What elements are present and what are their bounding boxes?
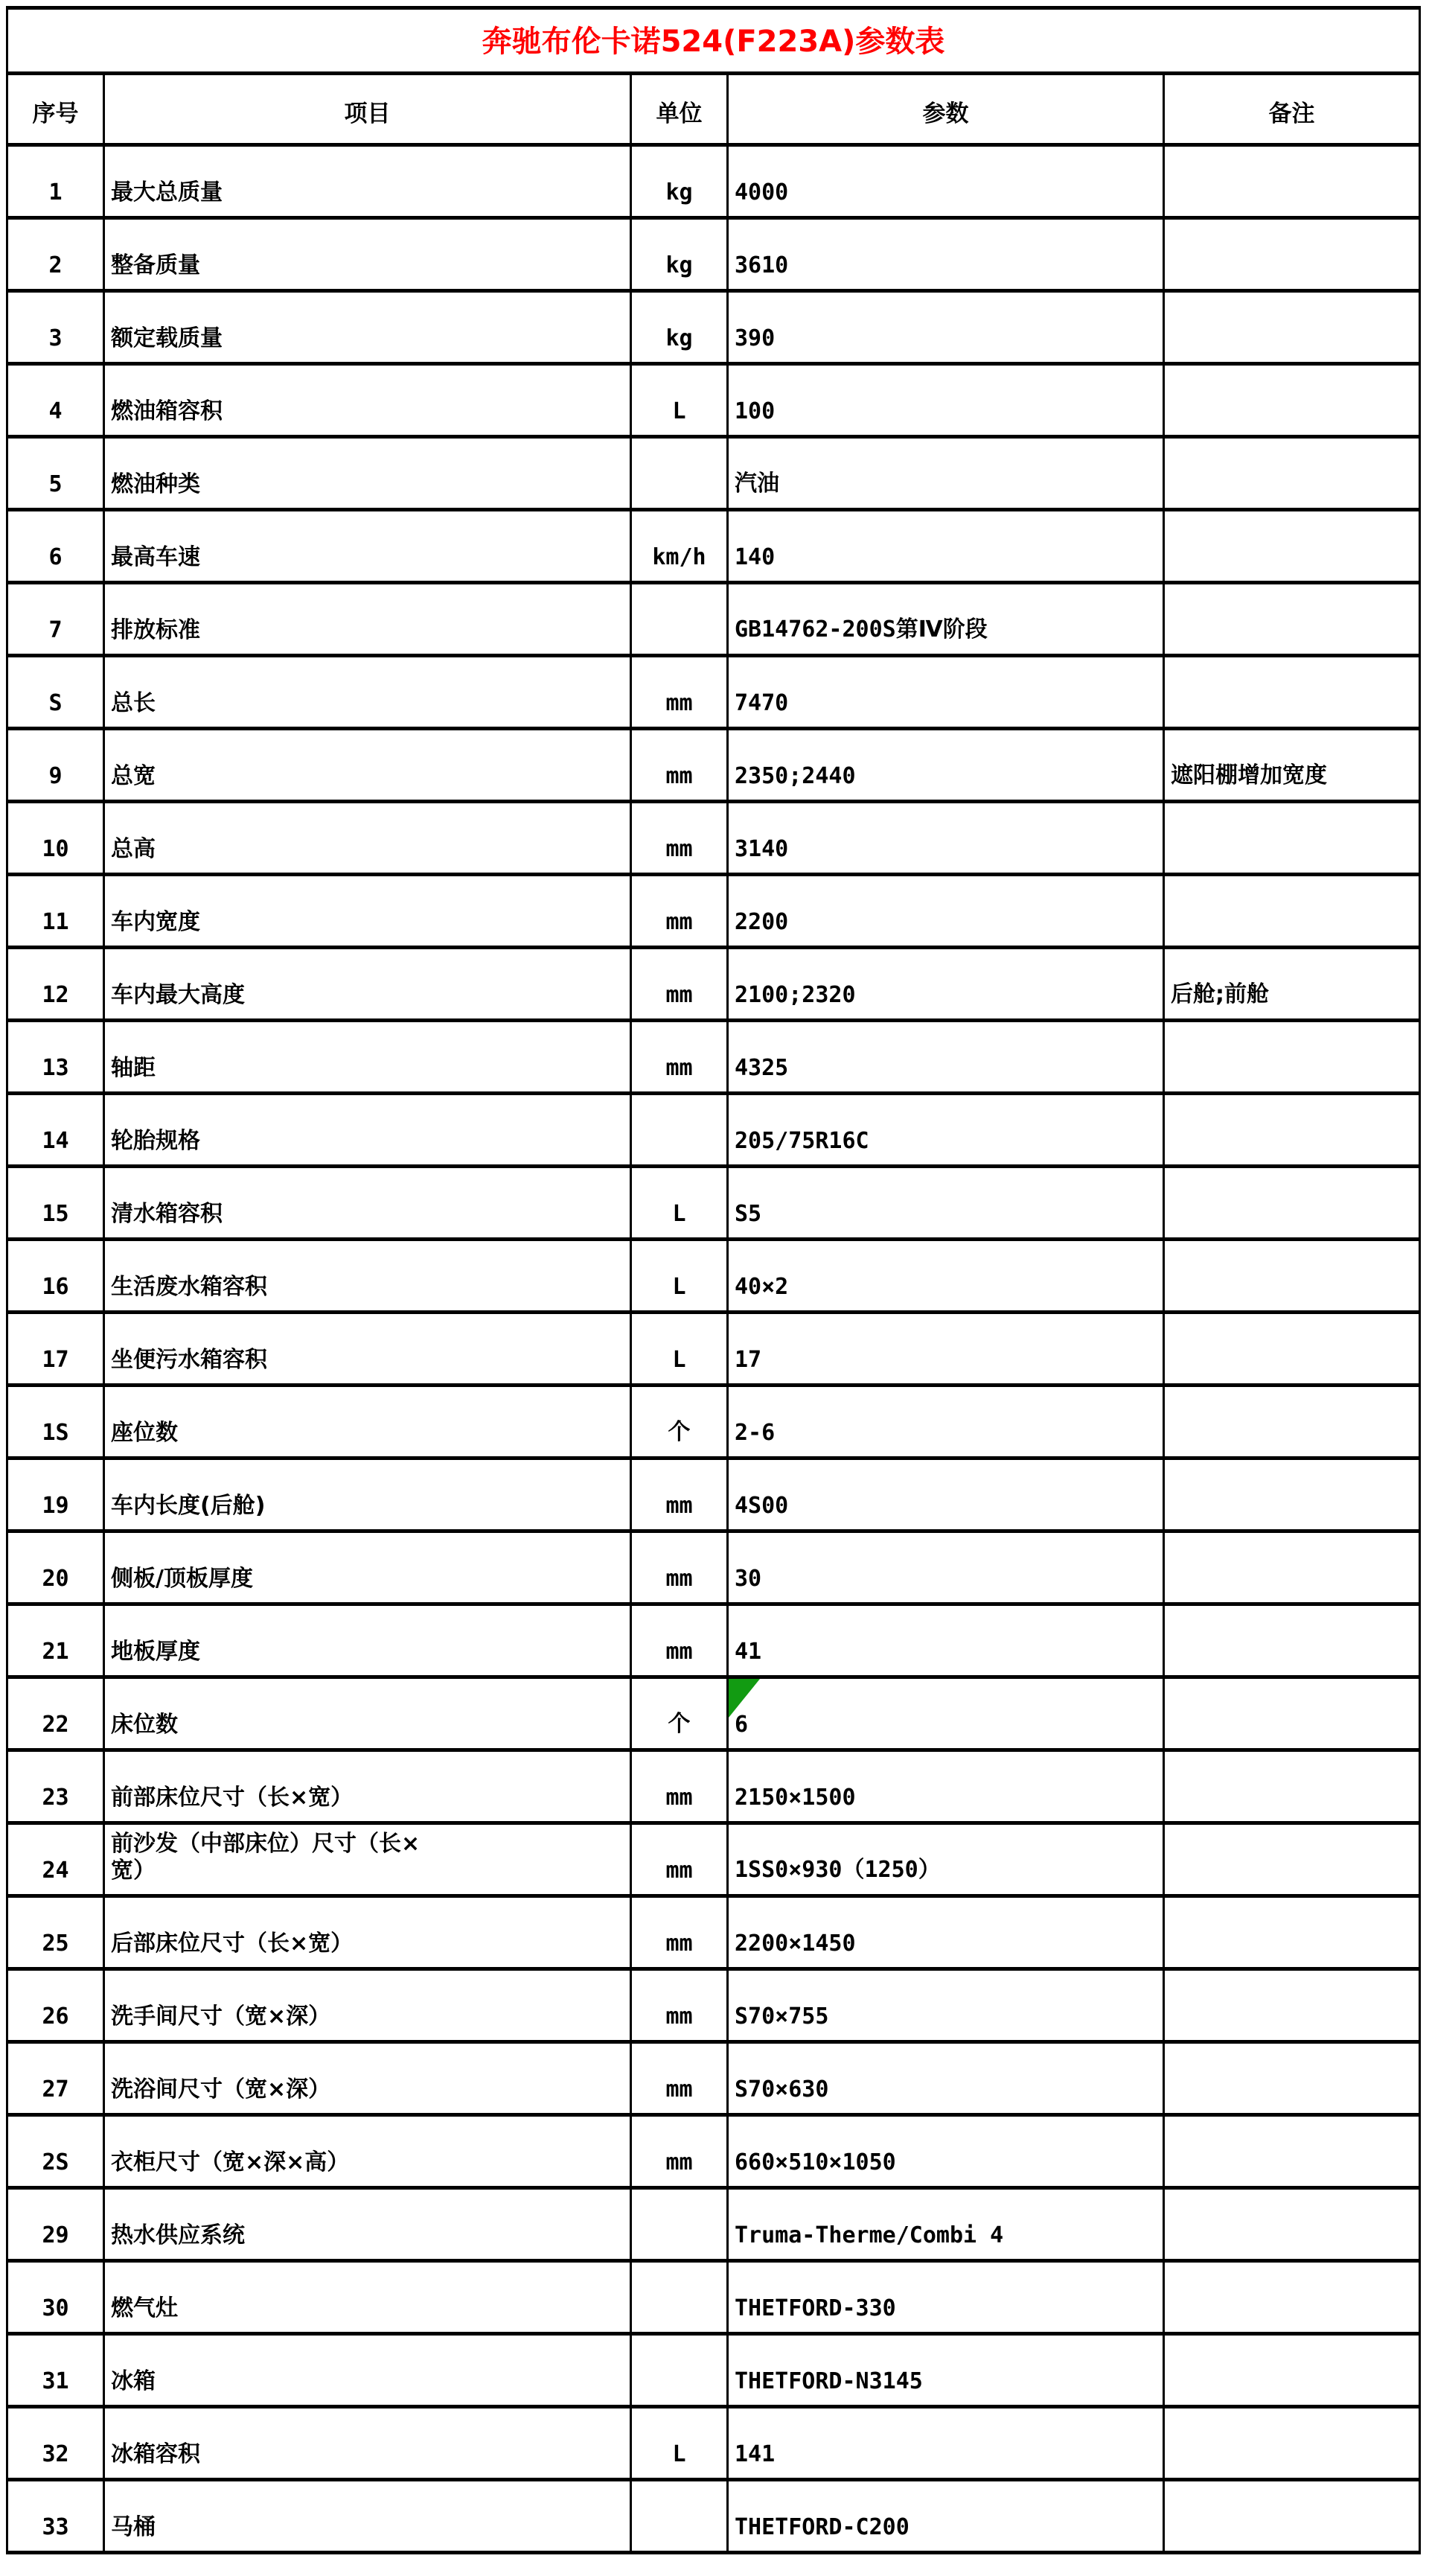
- cell-value-text: 4S00: [735, 1493, 788, 1519]
- cell-item-text: 轮胎规格: [111, 1128, 200, 1154]
- row-number-cell: 16: [7, 1240, 104, 1313]
- cell-no-text: 1S: [42, 1420, 68, 1446]
- table-row: 1 最大总质量 kg 4000: [7, 145, 1420, 218]
- row-unit-cell: mm: [631, 656, 728, 729]
- cell-item-text: 最大总质量: [111, 179, 223, 205]
- row-item-cell: 侧板/顶板厚度: [104, 1531, 631, 1604]
- column-header-no: 序号: [7, 74, 104, 145]
- cell-item-text: 额定载质量: [111, 325, 223, 351]
- cell-error-indicator: [729, 1679, 760, 1718]
- row-item-cell: 坐便污水箱容积: [104, 1313, 631, 1386]
- cell-no-text: 26: [42, 2003, 68, 2030]
- cell-unit-text: mm: [665, 1566, 692, 1592]
- row-unit-cell: [631, 583, 728, 656]
- row-param-cell: Truma-Therme/Combi 4: [728, 2188, 1164, 2261]
- cell-value-text: THETFORD-C200: [735, 2514, 909, 2540]
- row-item-cell: 总长: [104, 656, 631, 729]
- cell-item-text: 洗浴间尺寸（宽×深）: [111, 2076, 330, 2102]
- row-param-cell: 7470: [728, 656, 1164, 729]
- row-unit-cell: [631, 437, 728, 510]
- row-unit-cell: mm: [631, 1969, 728, 2042]
- row-param-cell: 2350;2440: [728, 729, 1164, 802]
- cell-value-text: 30: [735, 1566, 761, 1592]
- cell-value-text: S70×755: [735, 2003, 828, 2030]
- parameter-table: 奔驰布伦卡诺524(F223A)参数表 序号 项目 单位 参数 备注 1 最大总…: [6, 6, 1421, 2554]
- cell-unit-text: L: [672, 1201, 685, 1227]
- row-unit-cell: L: [631, 1167, 728, 1240]
- table-header-row: 序号 项目 单位 参数 备注: [7, 74, 1420, 145]
- cell-value-text: 2100;2320: [735, 982, 856, 1008]
- cell-unit-text: L: [672, 398, 685, 424]
- row-item-cell: 车内长度(后舱): [104, 1458, 631, 1531]
- cell-item-text: 车内最大高度: [111, 982, 245, 1008]
- row-param-cell: S5: [728, 1167, 1164, 1240]
- cell-no-text: 2S: [42, 2149, 68, 2175]
- row-param-cell: S70×755: [728, 1969, 1164, 2042]
- row-item-cell: 清水箱容积: [104, 1167, 631, 1240]
- table-row: 16 生活废水箱容积 L 40×2: [7, 1240, 1420, 1313]
- row-unit-cell: [631, 2261, 728, 2334]
- row-unit-cell: mm: [631, 1531, 728, 1604]
- cell-value-text: THETFORD-330: [735, 2295, 896, 2321]
- row-remark-cell: 遮阳棚增加宽度: [1164, 729, 1420, 802]
- cell-item-text: 马桶: [111, 2514, 156, 2540]
- row-number-cell: 6: [7, 510, 104, 583]
- row-item-cell: 冰箱: [104, 2334, 631, 2407]
- row-param-cell: 30: [728, 1531, 1164, 1604]
- row-number-cell: 20: [7, 1531, 104, 1604]
- row-item-cell: 座位数: [104, 1386, 631, 1458]
- cell-value-text: 2200×1450: [735, 1931, 856, 1957]
- row-remark-cell: [1164, 1313, 1420, 1386]
- cell-item-text: 排放标准: [111, 617, 200, 643]
- row-remark-cell: [1164, 2115, 1420, 2188]
- row-remark-cell: [1164, 1458, 1420, 1531]
- cell-unit-text: mm: [665, 1493, 692, 1519]
- table-row: 31 冰箱 THETFORD-N3145: [7, 2334, 1420, 2407]
- row-unit-cell: mm: [631, 1021, 728, 1094]
- row-number-cell: 33: [7, 2480, 104, 2553]
- cell-value-text: GB14762-200S第Ⅳ阶段: [735, 616, 988, 643]
- row-unit-cell: mm: [631, 1750, 728, 1823]
- cell-value-text: 2-6: [735, 1420, 775, 1446]
- cell-no-text: 30: [42, 2295, 68, 2321]
- row-item-cell: 生活废水箱容积: [104, 1240, 631, 1313]
- row-number-cell: 27: [7, 2042, 104, 2115]
- row-remark-cell: [1164, 437, 1420, 510]
- row-remark-cell: [1164, 291, 1420, 364]
- cell-no-text: 10: [42, 836, 68, 862]
- row-remark-cell: [1164, 1167, 1420, 1240]
- row-number-cell: 29: [7, 2188, 104, 2261]
- row-number-cell: 7: [7, 583, 104, 656]
- cell-unit-text: mm: [665, 1055, 692, 1081]
- row-remark-cell: [1164, 1969, 1420, 2042]
- row-unit-cell: [631, 2188, 728, 2261]
- cell-unit-text: kg: [665, 252, 692, 278]
- row-param-cell: 4325: [728, 1021, 1164, 1094]
- row-number-cell: 26: [7, 1969, 104, 2042]
- row-number-cell: 15: [7, 1167, 104, 1240]
- cell-value-text: 3140: [735, 836, 788, 862]
- cell-item-text: 总长: [111, 690, 156, 716]
- cell-value-text: THETFORD-N3145: [735, 2368, 923, 2394]
- cell-value-text: 2350;2440: [735, 763, 856, 789]
- row-param-cell: 140: [728, 510, 1164, 583]
- cell-value-text: 100: [735, 398, 775, 424]
- table-row: 9 总宽 mm 2350;2440 遮阳棚增加宽度: [7, 729, 1420, 802]
- table-row: 17 坐便污水箱容积 L 17: [7, 1313, 1420, 1386]
- row-number-cell: 22: [7, 1677, 104, 1750]
- row-unit-cell: L: [631, 2407, 728, 2480]
- cell-value-text: 141: [735, 2441, 775, 2467]
- row-number-cell: 10: [7, 802, 104, 875]
- row-item-cell: 总高: [104, 802, 631, 875]
- cell-unit-text: mm: [665, 763, 692, 789]
- cell-item-text: 最高车速: [111, 544, 200, 570]
- row-param-cell: THETFORD-C200: [728, 2480, 1164, 2553]
- row-param-cell: 100: [728, 364, 1164, 437]
- cell-no-text: 17: [42, 1347, 68, 1373]
- row-unit-cell: kg: [631, 218, 728, 291]
- row-param-cell: GB14762-200S第Ⅳ阶段: [728, 583, 1164, 656]
- cell-item-text: 冰箱容积: [111, 2441, 200, 2467]
- row-remark-cell: [1164, 583, 1420, 656]
- row-param-cell: 2200: [728, 875, 1164, 948]
- row-unit-cell: [631, 2334, 728, 2407]
- table-row: 30 燃气灶 THETFORD-330: [7, 2261, 1420, 2334]
- cell-unit-text: mm: [665, 836, 692, 862]
- row-unit-cell: mm: [631, 1896, 728, 1969]
- cell-item-text: 生活废水箱容积: [111, 1274, 267, 1300]
- cell-no-text: 1: [48, 179, 62, 205]
- table-row: 15 清水箱容积 L S5: [7, 1167, 1420, 1240]
- cell-no-text: 12: [42, 982, 68, 1008]
- row-item-cell: 轮胎规格: [104, 1094, 631, 1167]
- row-remark-cell: [1164, 145, 1420, 218]
- table-row: 33 马桶 THETFORD-C200: [7, 2480, 1420, 2553]
- cell-item-text: 车内宽度: [111, 909, 200, 935]
- table-row: 7 排放标准 GB14762-200S第Ⅳ阶段: [7, 583, 1420, 656]
- row-remark-cell: [1164, 2480, 1420, 2553]
- cell-unit-text: kg: [665, 179, 692, 205]
- row-item-cell: 燃油箱容积: [104, 364, 631, 437]
- cell-no-text: 22: [42, 1712, 68, 1738]
- cell-no-text: 21: [42, 1639, 68, 1665]
- row-param-cell: 41: [728, 1604, 1164, 1677]
- table-row: 5 燃油种类 汽油: [7, 437, 1420, 510]
- table-row: 25 后部床位尺寸（长×宽） mm 2200×1450: [7, 1896, 1420, 1969]
- table-row: 12 车内最大高度 mm 2100;2320 后舱;前舱: [7, 948, 1420, 1021]
- row-remark-cell: [1164, 1823, 1420, 1896]
- row-unit-cell: kg: [631, 291, 728, 364]
- cell-no-text: 9: [48, 763, 62, 789]
- row-unit-cell: mm: [631, 1604, 728, 1677]
- table-row: 2 整备质量 kg 3610: [7, 218, 1420, 291]
- cell-item-text: 总宽: [111, 763, 156, 789]
- cell-item-text: 清水箱容积: [111, 1201, 223, 1227]
- row-param-cell: 17: [728, 1313, 1164, 1386]
- row-unit-cell: mm: [631, 2115, 728, 2188]
- row-param-cell: 3140: [728, 802, 1164, 875]
- row-unit-cell: 个: [631, 1386, 728, 1458]
- cell-no-text: 14: [42, 1128, 68, 1154]
- row-remark-cell: [1164, 1094, 1420, 1167]
- cell-value-text: Truma-Therme/Combi 4: [735, 2222, 1003, 2248]
- cell-no-text: 16: [42, 1274, 68, 1300]
- row-remark-cell: [1164, 2042, 1420, 2115]
- table-row: 19 车内长度(后舱) mm 4S00: [7, 1458, 1420, 1531]
- cell-no-text: 31: [42, 2368, 68, 2394]
- cell-item-text: 床位数: [111, 1712, 178, 1738]
- cell-unit-text: mm: [665, 1931, 692, 1957]
- row-param-cell: THETFORD-N3145: [728, 2334, 1164, 2407]
- table-row: 14 轮胎规格 205/75R16C: [7, 1094, 1420, 1167]
- cell-no-text: 5: [48, 471, 62, 497]
- cell-value-text: 205/75R16C: [735, 1128, 869, 1154]
- row-item-cell: 额定载质量: [104, 291, 631, 364]
- cell-no-text: S: [48, 690, 62, 716]
- row-unit-cell: kg: [631, 145, 728, 218]
- cell-value-text: 2200: [735, 909, 788, 935]
- row-param-cell: THETFORD-330: [728, 2261, 1164, 2334]
- column-header-remark: 备注: [1164, 74, 1420, 145]
- row-item-cell: 总宽: [104, 729, 631, 802]
- table-title-row: 奔驰布伦卡诺524(F223A)参数表: [7, 8, 1420, 74]
- row-number-cell: 2S: [7, 2115, 104, 2188]
- cell-item-text: 地板厚度: [111, 1639, 200, 1665]
- table-row: 22 床位数 个 6: [7, 1677, 1420, 1750]
- row-item-cell: 整备质量: [104, 218, 631, 291]
- row-remark-cell: 后舱;前舱: [1164, 948, 1420, 1021]
- cell-unit-text: L: [672, 1274, 685, 1300]
- cell-item-text: 总高: [111, 836, 156, 862]
- cell-item-text: 前部床位尺寸（长×宽）: [111, 1785, 353, 1811]
- table-row: 26 洗手间尺寸（宽×深） mm S70×755: [7, 1969, 1420, 2042]
- cell-remark-text: 后舱;前舱: [1171, 981, 1269, 1007]
- cell-no-text: 23: [42, 1785, 68, 1811]
- row-param-cell: 汽油: [728, 437, 1164, 510]
- row-item-cell: 车内最大高度: [104, 948, 631, 1021]
- row-unit-cell: mm: [631, 875, 728, 948]
- row-param-cell: 205/75R16C: [728, 1094, 1164, 1167]
- cell-unit-text: 个: [668, 1711, 691, 1737]
- row-item-cell: 最大总质量: [104, 145, 631, 218]
- row-param-cell: S70×630: [728, 2042, 1164, 2115]
- row-number-cell: 21: [7, 1604, 104, 1677]
- cell-value-text: 140: [735, 544, 775, 570]
- table-row: 2S 衣柜尺寸（宽×深×高） mm 660×510×1050: [7, 2115, 1420, 2188]
- cell-no-text: 19: [42, 1493, 68, 1519]
- cell-unit-text: mm: [665, 1785, 692, 1811]
- row-remark-cell: [1164, 1240, 1420, 1313]
- row-number-cell: 5: [7, 437, 104, 510]
- row-param-cell: 660×510×1050: [728, 2115, 1164, 2188]
- row-number-cell: 25: [7, 1896, 104, 1969]
- row-number-cell: 14: [7, 1094, 104, 1167]
- row-number-cell: 11: [7, 875, 104, 948]
- cell-no-text: 2: [48, 252, 62, 278]
- row-number-cell: 31: [7, 2334, 104, 2407]
- row-remark-cell: [1164, 1386, 1420, 1458]
- row-param-cell: 3610: [728, 218, 1164, 291]
- cell-item-text: 冰箱: [111, 2368, 156, 2394]
- cell-unit-text: mm: [665, 2003, 692, 2030]
- cell-value-text: 1SS0×930（1250）: [735, 1857, 941, 1883]
- cell-no-text: 4: [48, 398, 62, 424]
- row-unit-cell: km/h: [631, 510, 728, 583]
- cell-no-text: 6: [48, 544, 62, 570]
- cell-item-text: 车内长度(后舱): [111, 1493, 265, 1519]
- row-unit-cell: mm: [631, 948, 728, 1021]
- cell-value-text: S5: [735, 1201, 761, 1227]
- row-number-cell: 30: [7, 2261, 104, 2334]
- cell-item-text: 燃气灶: [111, 2295, 178, 2321]
- row-item-cell: 燃油种类: [104, 437, 631, 510]
- row-unit-cell: L: [631, 364, 728, 437]
- row-remark-cell: [1164, 1750, 1420, 1823]
- cell-unit-text: mm: [665, 909, 692, 935]
- row-number-cell: 3: [7, 291, 104, 364]
- cell-item-text: 整备质量: [111, 252, 200, 278]
- cell-no-text: 25: [42, 1931, 68, 1957]
- table-row: 13 轴距 mm 4325: [7, 1021, 1420, 1094]
- cell-no-text: 33: [42, 2514, 68, 2540]
- cell-item-text: 燃油箱容积: [111, 398, 223, 424]
- spec-sheet: 奔驰布伦卡诺524(F223A)参数表 序号 项目 单位 参数 备注 1 最大总…: [0, 0, 1429, 2576]
- row-unit-cell: [631, 2480, 728, 2553]
- row-number-cell: 1: [7, 145, 104, 218]
- row-number-cell: 24: [7, 1823, 104, 1896]
- row-param-cell: 2200×1450: [728, 1896, 1164, 1969]
- cell-unit-text: L: [672, 2441, 685, 2467]
- row-remark-cell: [1164, 875, 1420, 948]
- cell-no-text: 32: [42, 2441, 68, 2467]
- cell-item-text: 坐便污水箱容积: [111, 1347, 267, 1373]
- cell-value-text: S70×630: [735, 2076, 828, 2102]
- cell-no-text: 20: [42, 1566, 68, 1592]
- row-param-cell: 6: [728, 1677, 1164, 1750]
- row-item-cell: 排放标准: [104, 583, 631, 656]
- row-item-cell: 衣柜尺寸（宽×深×高）: [104, 2115, 631, 2188]
- table-row: 24 前沙发（中部床位）尺寸（长× 宽） mm 1SS0×930（1250）: [7, 1823, 1420, 1896]
- row-remark-cell: [1164, 218, 1420, 291]
- row-item-cell: 前部床位尺寸（长×宽）: [104, 1750, 631, 1823]
- row-unit-cell: L: [631, 1240, 728, 1313]
- cell-no-text: 11: [42, 909, 68, 935]
- row-param-cell: 4S00: [728, 1458, 1164, 1531]
- row-remark-cell: [1164, 656, 1420, 729]
- cell-no-text: 15: [42, 1201, 68, 1227]
- cell-value-text: 4325: [735, 1055, 788, 1081]
- cell-value-text: 2150×1500: [735, 1785, 856, 1811]
- table-row: 10 总高 mm 3140: [7, 802, 1420, 875]
- cell-item-text: 热水供应系统: [111, 2222, 245, 2248]
- row-unit-cell: mm: [631, 2042, 728, 2115]
- cell-item-text: 侧板/顶板厚度: [111, 1566, 253, 1592]
- row-item-cell: 轴距: [104, 1021, 631, 1094]
- row-number-cell: 13: [7, 1021, 104, 1094]
- row-item-cell: 前沙发（中部床位）尺寸（长× 宽）: [104, 1823, 631, 1896]
- row-param-cell: 2-6: [728, 1386, 1164, 1458]
- row-remark-cell: [1164, 802, 1420, 875]
- cell-no-text: 3: [48, 325, 62, 351]
- cell-item-text: 前沙发（中部床位）尺寸（长× 宽）: [111, 1831, 420, 1884]
- cell-value-text: 390: [735, 325, 775, 351]
- cell-value-text: 汽油: [735, 471, 779, 497]
- row-remark-cell: [1164, 2407, 1420, 2480]
- row-remark-cell: [1164, 2261, 1420, 2334]
- cell-no-text: 7: [48, 617, 62, 643]
- row-number-cell: 32: [7, 2407, 104, 2480]
- cell-unit-text: mm: [665, 2076, 692, 2102]
- cell-item-text: 后部床位尺寸（长×宽）: [111, 1931, 353, 1957]
- table-row: 6 最高车速 km/h 140: [7, 510, 1420, 583]
- row-unit-cell: mm: [631, 1458, 728, 1531]
- row-remark-cell: [1164, 2188, 1420, 2261]
- cell-value-text: 40×2: [735, 1274, 788, 1300]
- cell-unit-text: mm: [665, 1858, 692, 1884]
- column-header-unit: 单位: [631, 74, 728, 145]
- cell-value-text: 3610: [735, 252, 788, 278]
- row-item-cell: 洗手间尺寸（宽×深）: [104, 1969, 631, 2042]
- row-param-cell: 2150×1500: [728, 1750, 1164, 1823]
- row-unit-cell: 个: [631, 1677, 728, 1750]
- row-item-cell: 马桶: [104, 2480, 631, 2553]
- table-row: 23 前部床位尺寸（长×宽） mm 2150×1500: [7, 1750, 1420, 1823]
- row-remark-cell: [1164, 510, 1420, 583]
- cell-value-text: 41: [735, 1639, 761, 1665]
- row-param-cell: 2100;2320: [728, 948, 1164, 1021]
- table-row: 3 额定载质量 kg 390: [7, 291, 1420, 364]
- cell-unit-text: L: [672, 1347, 685, 1373]
- table-row: 4 燃油箱容积 L 100: [7, 364, 1420, 437]
- row-number-cell: 4: [7, 364, 104, 437]
- cell-no-text: 24: [42, 1858, 68, 1884]
- cell-value-text: 4000: [735, 179, 788, 205]
- row-number-cell: 17: [7, 1313, 104, 1386]
- row-item-cell: 地板厚度: [104, 1604, 631, 1677]
- row-number-cell: 9: [7, 729, 104, 802]
- cell-item-text: 燃油种类: [111, 471, 200, 497]
- row-item-cell: 最高车速: [104, 510, 631, 583]
- row-unit-cell: mm: [631, 802, 728, 875]
- row-param-cell: 4000: [728, 145, 1164, 218]
- row-unit-cell: [631, 1094, 728, 1167]
- cell-no-text: 27: [42, 2076, 68, 2102]
- row-item-cell: 车内宽度: [104, 875, 631, 948]
- row-number-cell: 19: [7, 1458, 104, 1531]
- row-item-cell: 后部床位尺寸（长×宽）: [104, 1896, 631, 1969]
- cell-item-text: 座位数: [111, 1420, 178, 1446]
- cell-value-text: 7470: [735, 690, 788, 716]
- row-remark-cell: [1164, 1531, 1420, 1604]
- row-remark-cell: [1164, 1604, 1420, 1677]
- column-header-item: 项目: [104, 74, 631, 145]
- cell-value-text: 17: [735, 1347, 761, 1373]
- row-remark-cell: [1164, 1021, 1420, 1094]
- cell-unit-text: mm: [665, 982, 692, 1008]
- cell-no-text: 29: [42, 2222, 68, 2248]
- cell-item-text: 轴距: [111, 1055, 156, 1081]
- table-row: 1S 座位数 个 2-6: [7, 1386, 1420, 1458]
- table-row: 27 洗浴间尺寸（宽×深） mm S70×630: [7, 2042, 1420, 2115]
- row-number-cell: 1S: [7, 1386, 104, 1458]
- row-remark-cell: [1164, 364, 1420, 437]
- table-row: 11 车内宽度 mm 2200: [7, 875, 1420, 948]
- row-number-cell: 2: [7, 218, 104, 291]
- cell-item-text: 衣柜尺寸（宽×深×高）: [111, 2149, 349, 2175]
